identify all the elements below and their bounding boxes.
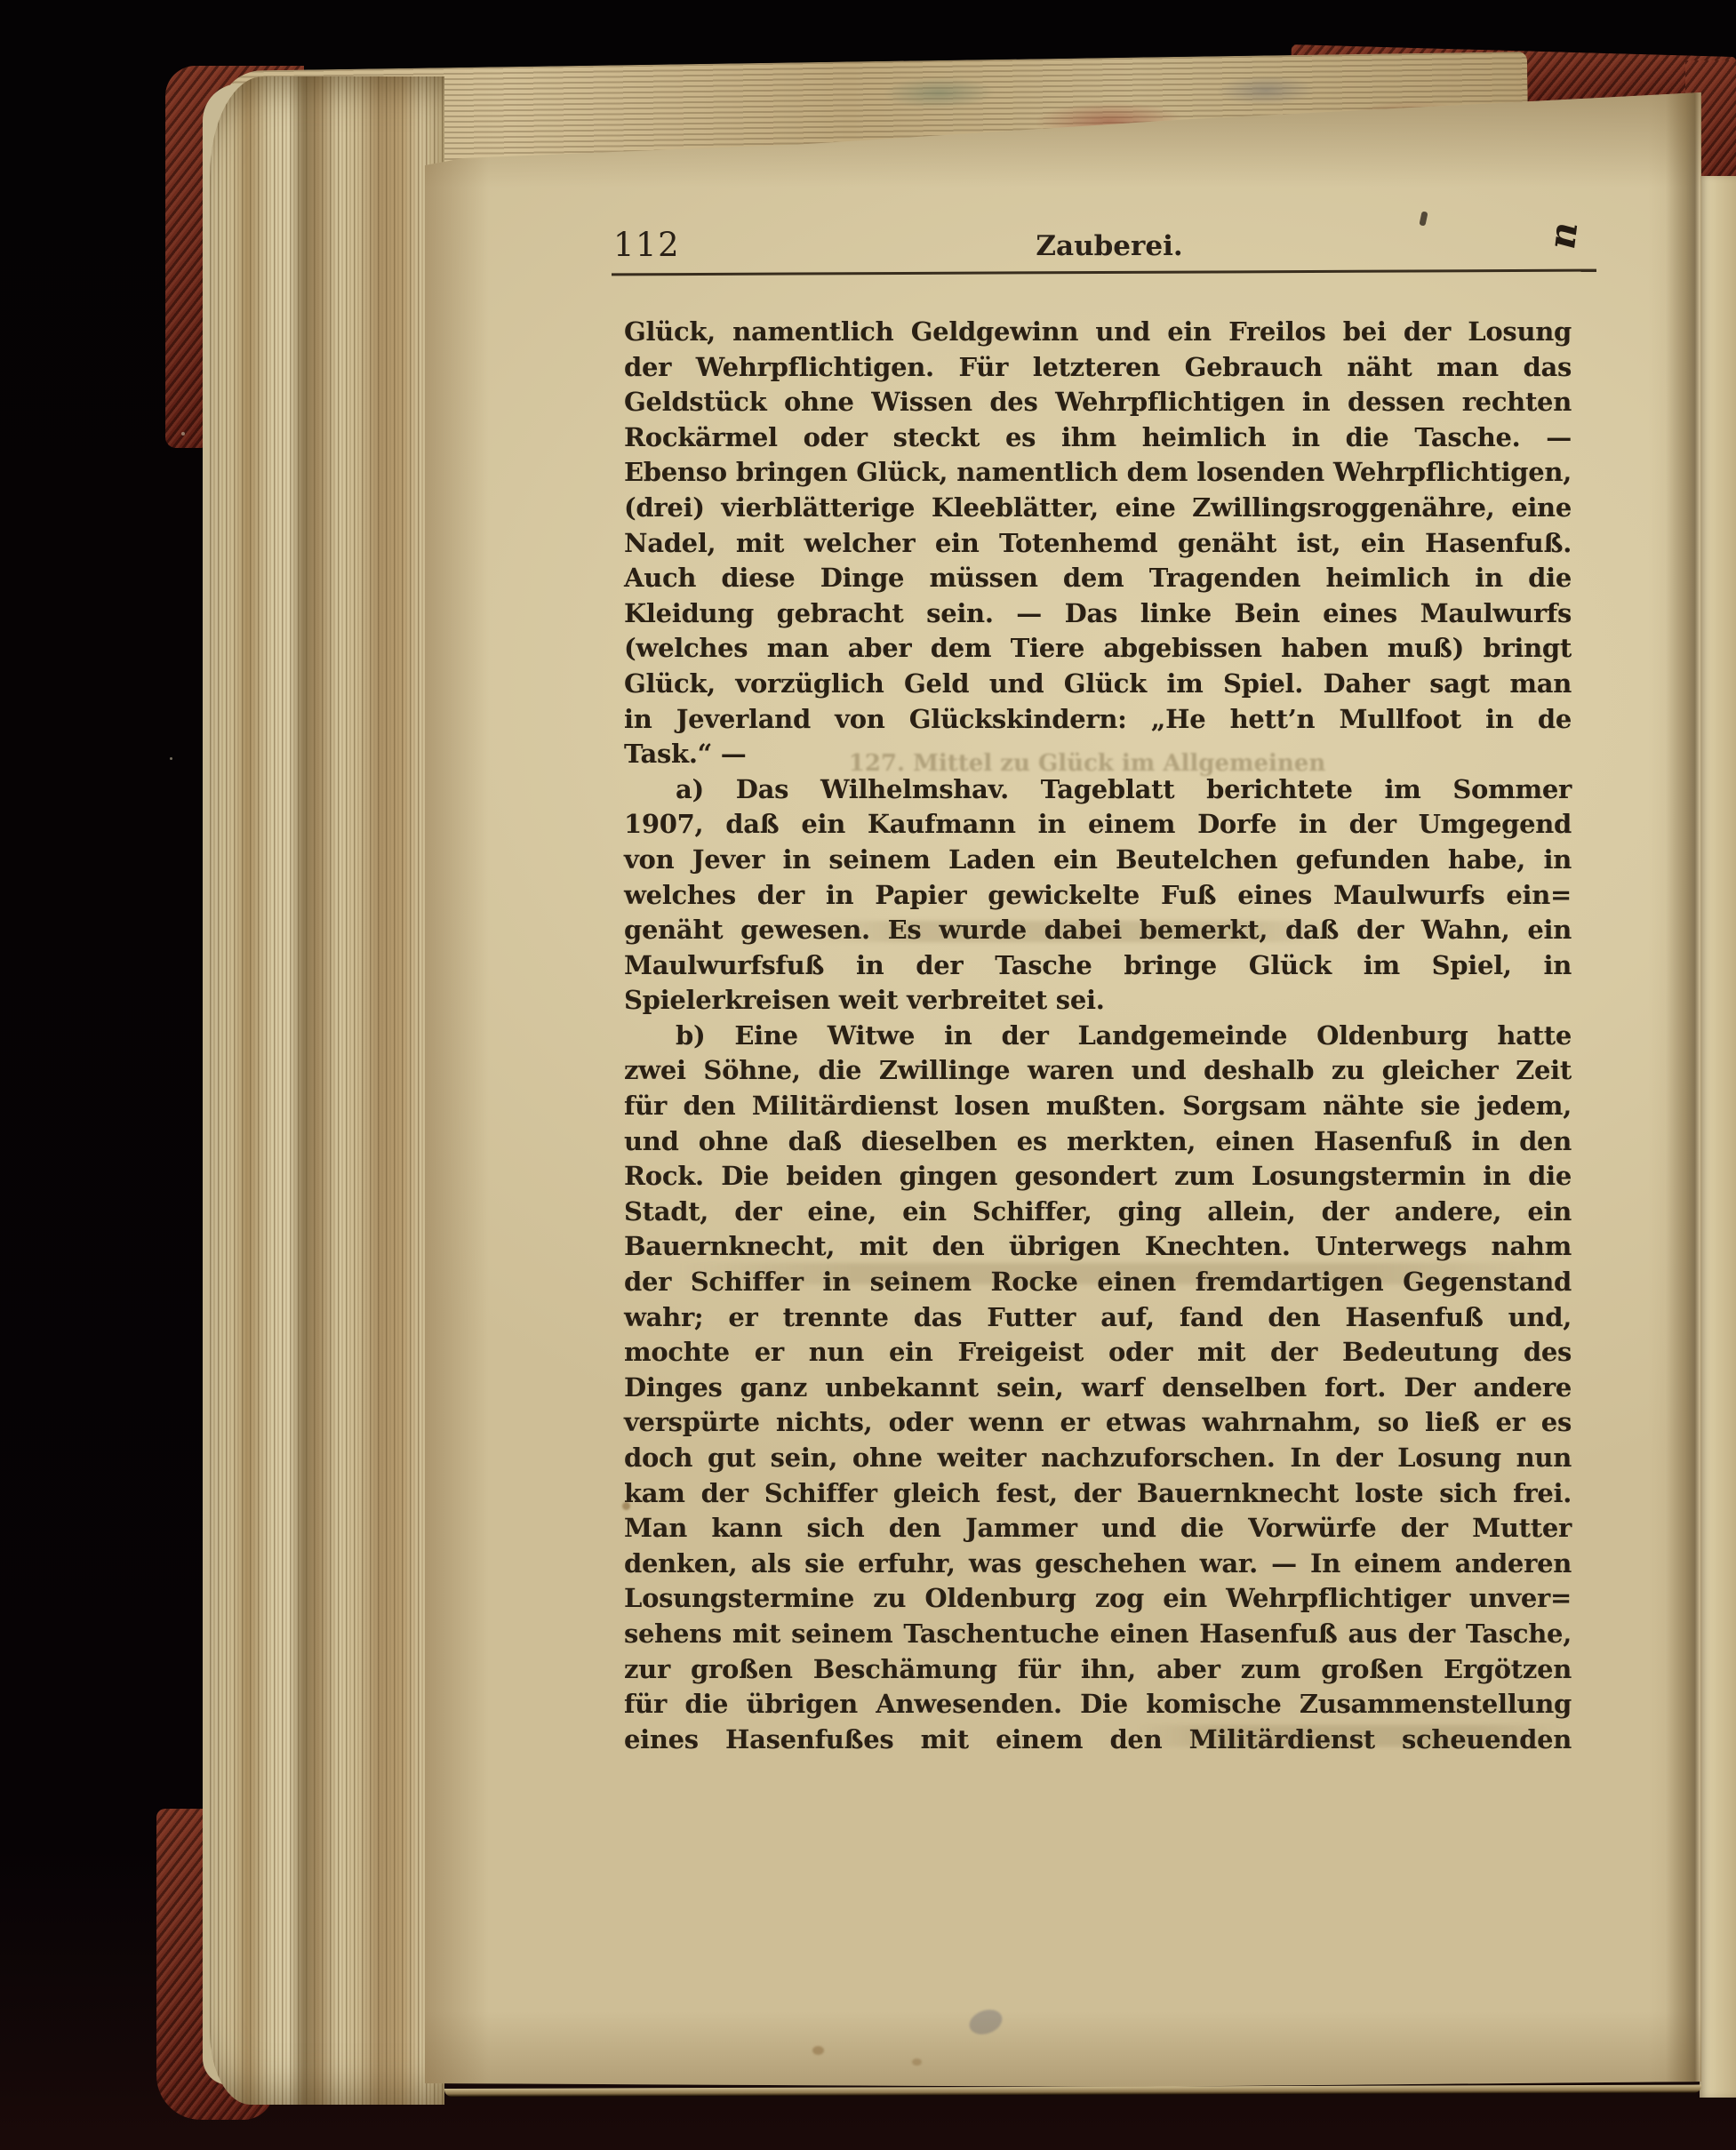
text-line: Stadt, der eine, ein Schiffer, ging alle… xyxy=(624,1195,1572,1230)
running-title: Zauberei. xyxy=(976,230,1243,262)
text-line: zwei Söhne, die Zwillinge waren und desh… xyxy=(624,1053,1572,1089)
text-line: sehens mit seinem Taschentuche einen Has… xyxy=(624,1617,1572,1652)
page-stain xyxy=(812,2046,824,2055)
facing-page-sliver xyxy=(1700,176,1736,2098)
text-line: für die übrigen Anwesenden. Die komische… xyxy=(624,1687,1572,1722)
text-line: zur großen Beschämung für ihn, aber zum … xyxy=(624,1652,1572,1688)
text-line: Glück, namentlich Geldgewinn und ein Fre… xyxy=(624,315,1572,350)
text-line: doch gut sein, ohne weiter nachzuforsche… xyxy=(624,1441,1572,1476)
text-line: denken, als sie erfuhr, was geschehen wa… xyxy=(624,1547,1572,1582)
text-line: welches der in Papier gewickelte Fuß ein… xyxy=(624,878,1572,914)
page-stain xyxy=(912,2058,922,2066)
text-line: Maulwurfsfuß in der Tasche bringe Glück … xyxy=(624,948,1572,984)
gutter-shadow xyxy=(1666,85,1701,2096)
text-line: Bauernknecht, mit den übrigen Knechten. … xyxy=(624,1229,1572,1265)
text-line: wahr; er trennte das Futter auf, fand de… xyxy=(624,1300,1572,1336)
ink-fleck xyxy=(1419,211,1428,226)
text-line: der Wehrpflichtigen. Für letzteren Gebra… xyxy=(624,350,1572,386)
photo-background: 112 Zauberei. u 127. Mittel zu Glück im … xyxy=(0,0,1736,2150)
text-line: Spielerkreisen weit verbreitet sei. xyxy=(624,983,1572,1019)
page-stain xyxy=(622,1502,630,1510)
text-line: und ohne daß dieselben es merkten, einen… xyxy=(624,1124,1572,1160)
text-line: eines Hasenfußes mit einem den Militärdi… xyxy=(624,1722,1572,1758)
text-line: a) Das Wilhelmshav. Tageblatt berichtete… xyxy=(624,772,1572,808)
dust-speck xyxy=(170,757,172,760)
printers-mark-ornament: u xyxy=(1547,218,1593,256)
text-line: Man kann sich den Jammer und die Vorwürf… xyxy=(624,1511,1572,1547)
text-line: der Schiffer in seinem Rocke einen fremd… xyxy=(624,1265,1572,1300)
text-line: (welches man aber dem Tiere abgebissen h… xyxy=(624,631,1572,667)
book-page: 112 Zauberei. u 127. Mittel zu Glück im … xyxy=(425,85,1701,2096)
text-line: Auch diese Dinge müssen dem Tragenden he… xyxy=(624,561,1572,596)
text-line: Nadel, mit welcher ein Totenhemd genäht … xyxy=(624,526,1572,562)
text-line: von Jever in seinem Laden ein Beutelchen… xyxy=(624,843,1572,878)
text-line: Geldstück ohne Wissen des Wehrpflichtige… xyxy=(624,385,1572,420)
text-line: Kleidung gebracht sein. — Das linke Bein… xyxy=(624,596,1572,632)
text-line: Rockärmel oder steckt es ihm heimlich in… xyxy=(624,420,1572,456)
text-line: Glück, vorzüglich Geld und Glück im Spie… xyxy=(624,667,1572,702)
text-line: Dinges ganz unbekannt sein, warf denselb… xyxy=(624,1371,1572,1406)
page-stain xyxy=(966,2005,1006,2038)
text-line: Ebenso bringen Glück, namentlich dem los… xyxy=(624,455,1572,491)
text-line: 1907, daß ein Kaufmann in einem Dorfe in… xyxy=(624,807,1572,843)
text-line: verspürte nichts, oder wenn er etwas wah… xyxy=(624,1405,1572,1441)
text-line: kam der Schiffer gleich fest, der Bauern… xyxy=(624,1476,1572,1512)
text-line: Losungstermine zu Oldenburg zog ein Wehr… xyxy=(624,1581,1572,1617)
dust-speck xyxy=(181,432,185,436)
text-line: Task.“ — xyxy=(624,737,1572,772)
text-line: mochte er nun ein Freigeist oder mit der… xyxy=(624,1335,1572,1371)
text-line: genäht gewesen. Es wurde dabei bemerkt, … xyxy=(624,913,1572,948)
page-stack-fore-edges xyxy=(210,76,444,2105)
text-line: in Jeverland von Glückskindern: „He hett… xyxy=(624,702,1572,738)
text-line: für den Militärdienst losen mußten. Sorg… xyxy=(624,1089,1572,1124)
page-number: 112 xyxy=(613,226,680,264)
text-line: Rock. Die beiden gingen gesondert zum Lo… xyxy=(624,1159,1572,1195)
text-line: b) Eine Witwe in der Landgemeinde Oldenb… xyxy=(624,1019,1572,1054)
text-line: (drei) vierblätterige Kleeblätter, eine … xyxy=(624,491,1572,526)
body-text: Glück, namentlich Geldgewinn und ein Fre… xyxy=(624,315,1572,1757)
header-rule xyxy=(612,269,1596,276)
